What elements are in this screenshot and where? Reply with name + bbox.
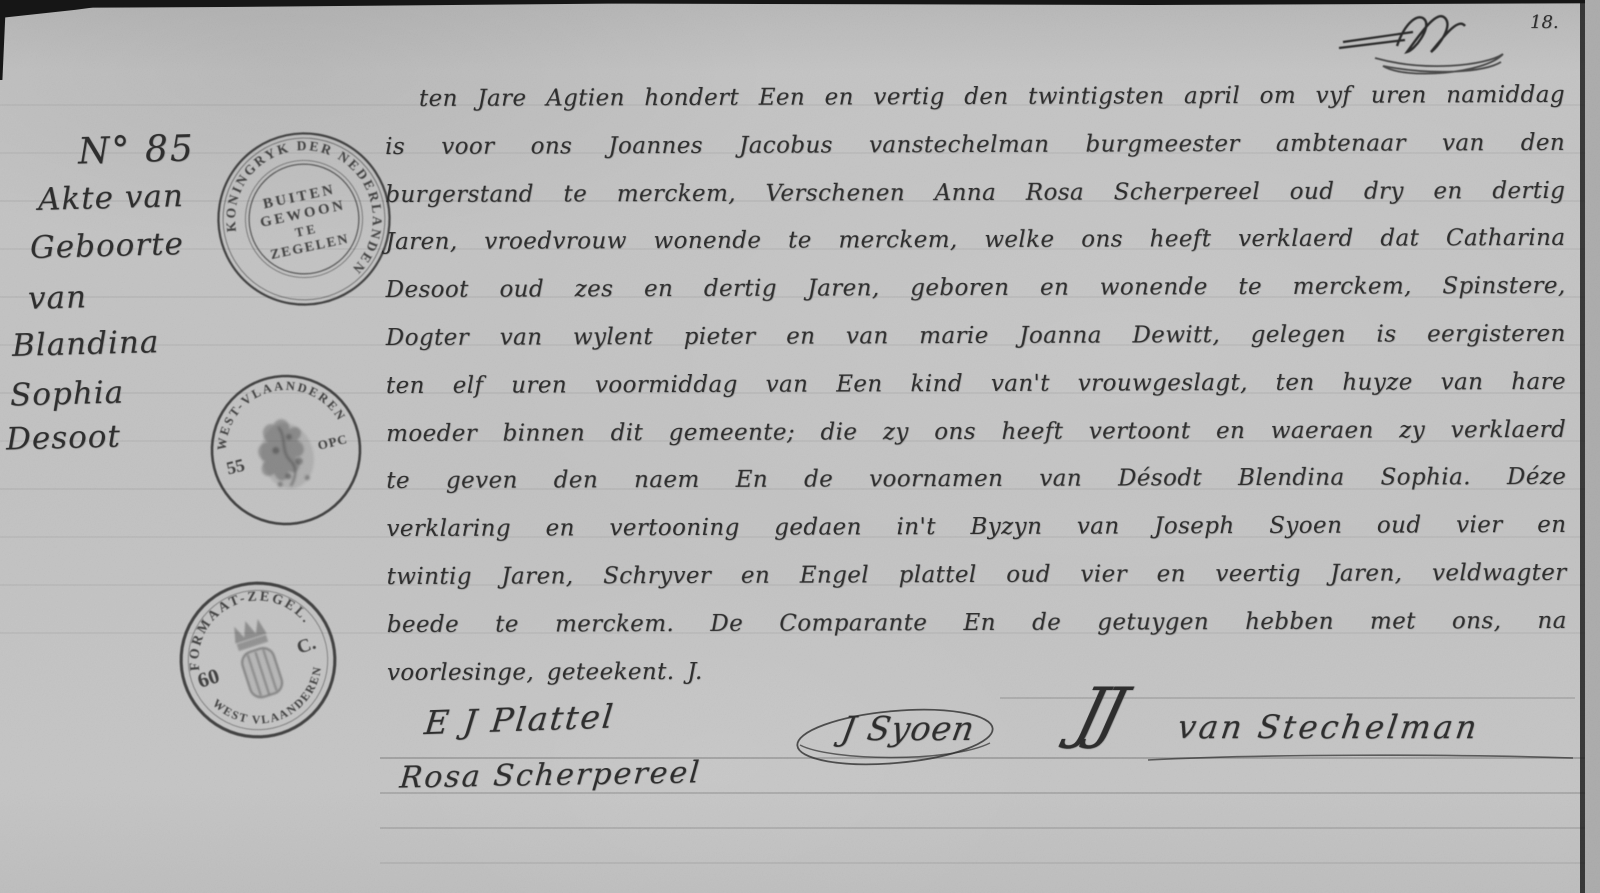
body-line: ten Jare Agtien hondert Een en vertig de…: [385, 82, 1565, 134]
signature-stechelman-initials: JJ: [1068, 674, 1128, 751]
stamp-west-vlaanderen-arms: WEST-VLAANDEREN 55 OPC: [189, 353, 383, 547]
body-line: verklaring en vertooning gedaen in't Byz…: [386, 512, 1566, 564]
signature-scherpereel: Rosa Scherpereel: [400, 758, 701, 793]
body-line: beede te merckem. De Comparante En de ge…: [387, 608, 1567, 660]
body-line: is voor ons Joannes Jacobus vanstechelma…: [385, 130, 1565, 182]
paraph-scribble-icon: [1335, 2, 1520, 77]
ruled-line: [380, 862, 1592, 864]
stamp-formaat-zegel: FORMAAT-ZEGEL. WEST VLAANDEREN 60 C.: [155, 557, 362, 764]
stamp-buitengewoon-zegel: KONINGRYK DER NEDERLANDEN BUITEN GEWOON …: [194, 109, 415, 330]
signature-scherpereel-text: Rosa Scherpereel: [398, 755, 702, 795]
ruled-line: [380, 827, 1592, 829]
scan-edge-top-left-corner: [0, 0, 150, 18]
stamp2-coat-of-arms: [251, 413, 321, 494]
signature-van-stechelman: JJ van Stechelman: [1078, 678, 1548, 778]
signature-syoen-text: J Syoen: [839, 709, 979, 748]
stamp3-left-number: 60: [195, 664, 223, 693]
margin-title-line: Sophia: [10, 375, 125, 414]
act-number: N° 85: [77, 128, 195, 172]
margin-title-line: van: [28, 279, 88, 317]
body-line: Jaren, vroedvrouw wonende te merckem, we…: [385, 225, 1565, 277]
page-header: 18.: [1335, 2, 1575, 77]
margin-title-line: Blandina: [12, 324, 160, 364]
margin-title-line: Desoot: [6, 419, 122, 458]
act-body-text: ten Jare Agtien hondert Een en vertig de…: [385, 82, 1567, 707]
signature-underline-flourish: [1118, 750, 1588, 770]
stamp3-crowned-shield: [230, 616, 285, 700]
margin-title-line: Geboorte: [30, 226, 185, 266]
stamp3-right-text: C.: [294, 633, 319, 659]
scan-edge-left: [0, 0, 6, 80]
signature-plattel: E J Plattel: [425, 700, 614, 739]
document-page: N° 85 Akte van Geboorte van Blandina Sop…: [0, 0, 1600, 893]
body-line: burgerstand te merckem, Verschenen Anna …: [385, 178, 1565, 230]
body-line: Dogter van wylent pieter en van marie Jo…: [386, 321, 1566, 373]
body-line: ten elf uren voormiddag van Een kind van…: [386, 369, 1566, 421]
body-line: moeder binnen dit gemeente; die zy ons h…: [386, 417, 1566, 469]
body-line: te geven den naem En de voornamen van Dé…: [386, 464, 1566, 516]
stamp2-right-text: OPC: [316, 431, 349, 453]
signature-plattel-text: E J Plattel: [423, 697, 617, 743]
page-number: 18.: [1530, 12, 1559, 33]
signature-syoen: J Syoen: [790, 695, 1000, 775]
scan-edge-right-margin: [1585, 0, 1600, 893]
signature-stechelman-text: van Stechelman: [1175, 708, 1482, 746]
margin-title-line: Akte van: [38, 178, 185, 218]
body-line: Desoot oud zes en dertig Jaren, geboren …: [386, 273, 1566, 325]
stamp2-left-number: 55: [224, 455, 246, 479]
body-line: twintig Jaren, Schryver en Engel plattel…: [387, 560, 1567, 612]
